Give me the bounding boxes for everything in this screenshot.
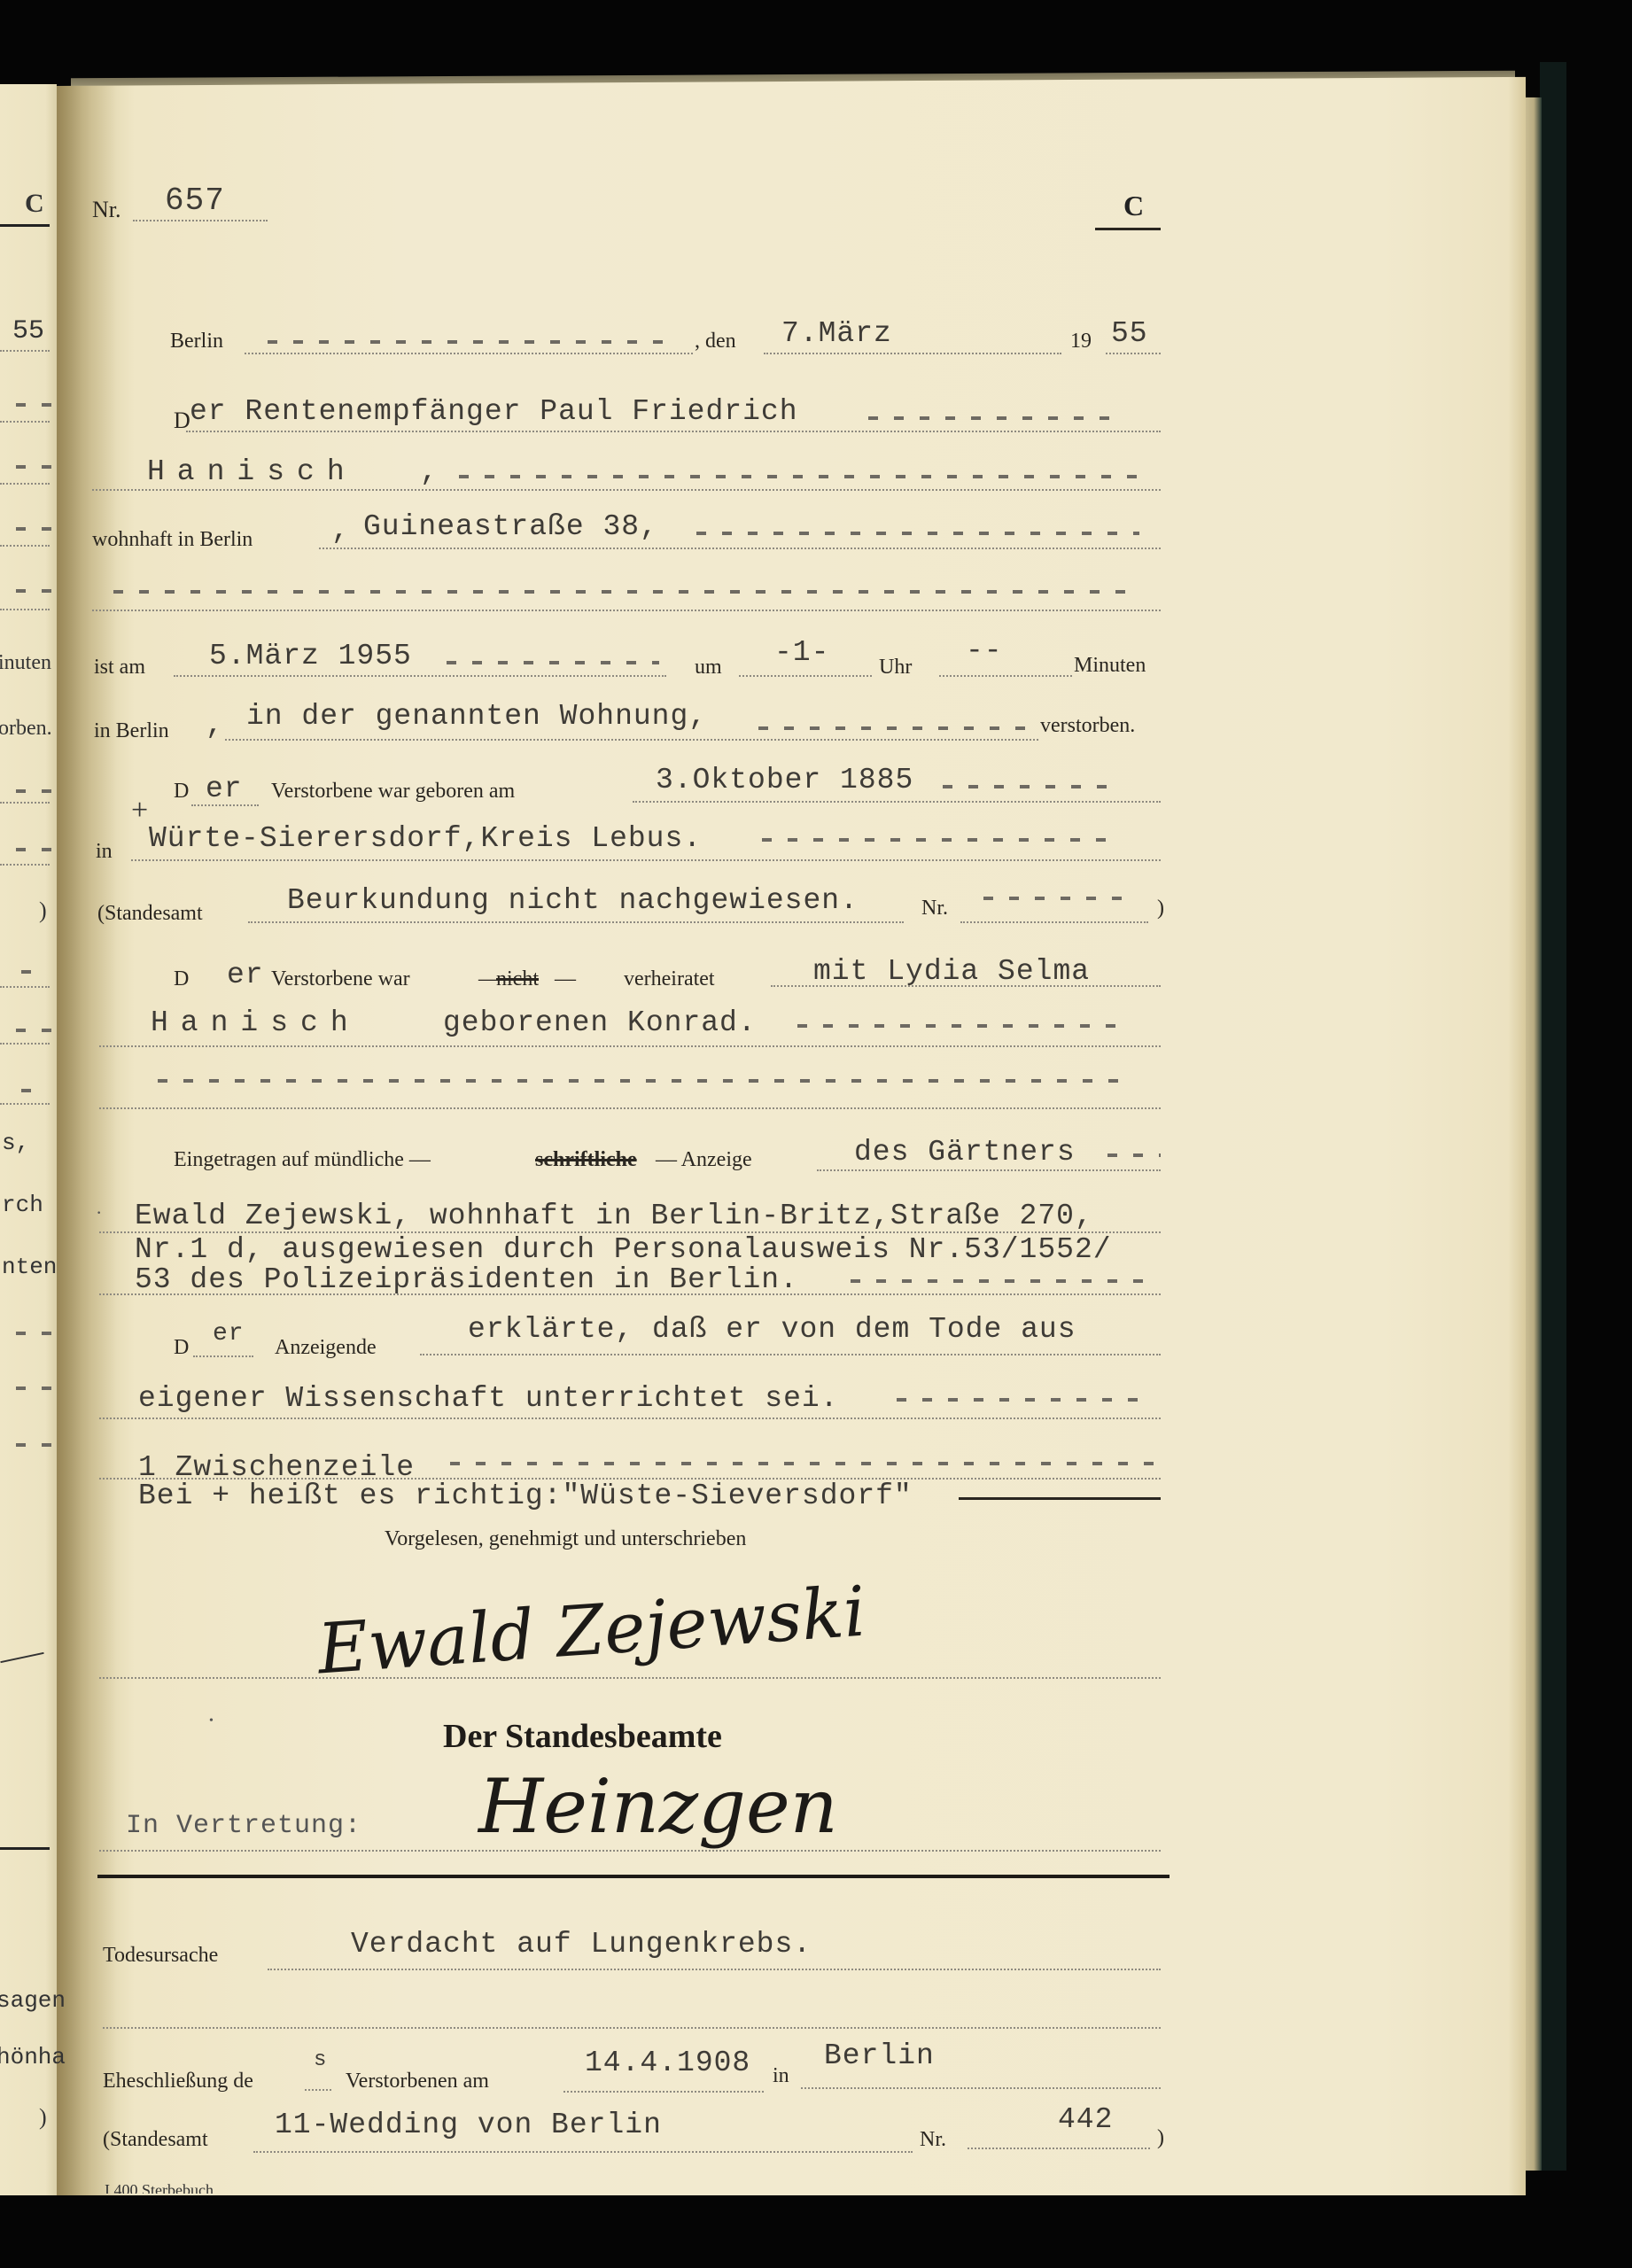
- ist-am-label: ist am: [94, 656, 145, 680]
- register-letter: C: [1123, 190, 1144, 222]
- residence-label: wohnhaft in Berlin: [92, 528, 253, 552]
- left-line: [0, 350, 50, 352]
- death-minutes: --: [966, 634, 1003, 667]
- left-fragment-text: s,: [2, 1130, 29, 1156]
- left-line: [0, 483, 50, 485]
- field-line: [563, 2091, 764, 2093]
- close-paren: ): [1157, 897, 1164, 920]
- spouse-name: mit Lydia Selma: [813, 955, 1090, 988]
- declaration-line1: erklärte, daß er von dem Tode aus: [468, 1313, 1076, 1346]
- struck-schriftliche: schriftliche: [535, 1148, 637, 1172]
- der-prefix: D: [174, 967, 189, 991]
- field-line: [939, 675, 1072, 677]
- field-line: [174, 675, 666, 677]
- left-letter-underline: [0, 224, 50, 227]
- century-label: 19: [1070, 330, 1092, 353]
- informant-id: Nr.1 d, ausgewiesen durch Personalauswei…: [135, 1233, 1112, 1266]
- dash: —: [478, 967, 500, 991]
- informant-id-authority: 53 des Polizeipräsidenten in Berlin.: [135, 1263, 798, 1296]
- left-signature-stroke: [0, 1652, 43, 1663]
- left-fragment-text: sagen: [0, 1987, 66, 2014]
- den-label: , den: [695, 330, 736, 353]
- left-line: [0, 1043, 50, 1045]
- left-dashes: [21, 1089, 34, 1092]
- der-suffix: er: [206, 773, 243, 805]
- left-dashes: [16, 1029, 51, 1032]
- left-dashes: [16, 465, 51, 469]
- filler-dashes: [868, 416, 1116, 420]
- field-line: [319, 548, 1161, 549]
- correction-mark: +: [131, 794, 148, 827]
- ink-dot: •: [209, 1714, 214, 1728]
- field-line: [764, 353, 1061, 354]
- field-line: [193, 1355, 253, 1357]
- close-paren: ): [1157, 2126, 1164, 2150]
- marriage-place: Berlin: [824, 2039, 935, 2072]
- correction-note: Bei + heißt es richtig:"Wüste-Sieversdor…: [138, 1480, 913, 1512]
- field-line: [817, 1169, 1161, 1171]
- dash: —: [555, 967, 576, 991]
- left-register-letter: C: [25, 189, 44, 219]
- entry-number: 657: [165, 183, 225, 219]
- residence-address: Guineastraße 38,: [363, 510, 658, 543]
- left-rule: [0, 1847, 50, 1850]
- left-fragment-text: inuten: [0, 651, 51, 675]
- field-line: [801, 2087, 1161, 2089]
- left-dashes: [16, 589, 51, 593]
- left-dashes: [16, 1443, 51, 1447]
- filler-dashes: [268, 340, 677, 344]
- signature-line: [99, 1850, 1161, 1852]
- field-line: [191, 804, 259, 806]
- read-approved-signed: Vorgelesen, genehmigt und unterschrieben: [385, 1527, 746, 1551]
- left-dashes: [16, 527, 51, 531]
- left-year: 55: [12, 316, 44, 346]
- filler-dashes: [696, 532, 1139, 535]
- place-label: Berlin: [170, 330, 223, 353]
- left-line: [0, 864, 50, 866]
- verheiratet-label: verheiratet: [624, 967, 715, 991]
- field-line: [268, 1969, 1161, 1970]
- filler-dashes: [459, 475, 1148, 478]
- left-line: [0, 1103, 50, 1105]
- struck-nicht: nicht: [496, 967, 539, 991]
- table-background: [0, 2195, 1632, 2268]
- left-line: [0, 802, 50, 804]
- der-prefix: D: [174, 1336, 189, 1360]
- filler-dashes: [113, 590, 1141, 594]
- comma: ,: [420, 455, 439, 488]
- registration-year: 55: [1111, 317, 1148, 350]
- anzeige-label: — Anzeige: [656, 1148, 752, 1172]
- correction-rule: [959, 1497, 1161, 1500]
- uhr-label: Uhr: [879, 656, 912, 680]
- deceased-occupation-name: er Rentenempfänger Paul Friedrich: [190, 395, 798, 428]
- field-line: [968, 2148, 1150, 2149]
- comma: ,: [331, 514, 350, 547]
- marriage-superscript: s: [314, 2048, 327, 2072]
- birth-label: Verstorbene war geboren am: [271, 780, 515, 804]
- spouse-maiden-name: geborenen Konrad.: [443, 1006, 757, 1039]
- left-dashes: [16, 848, 51, 851]
- field-line: [960, 921, 1148, 923]
- marriage-label: Eheschließung de: [103, 2070, 253, 2093]
- registrar-title: Der Standesbeamte: [443, 1717, 722, 1756]
- cause-of-death: Verdacht auf Lungenkrebs.: [351, 1928, 812, 1961]
- deceased-surname: Hanisch: [147, 455, 357, 488]
- filler-dashes: [943, 785, 1120, 788]
- field-line: [99, 1045, 1161, 1047]
- registration-date: 7.März: [781, 317, 892, 350]
- deputy-label: In Vertretung:: [126, 1811, 361, 1841]
- left-dashes: [21, 970, 34, 974]
- section-rule: [97, 1875, 1170, 1878]
- form-reference: I 400 Sterbebuch: [105, 2181, 214, 2194]
- left-fragment-text: orben.: [0, 717, 52, 741]
- field-line: [305, 2089, 331, 2091]
- marriage-label-post: Verstorbenen am: [346, 2070, 489, 2093]
- filler-dashes: [1107, 1153, 1161, 1157]
- nr-label: Nr.: [92, 197, 121, 223]
- field-line: [99, 1107, 1161, 1109]
- left-line: [0, 609, 50, 610]
- field-line: [739, 675, 872, 677]
- filler-dashes: [158, 1079, 1123, 1083]
- field-line: [131, 859, 1161, 861]
- comma: ,: [206, 709, 224, 742]
- field-line: [92, 489, 1161, 491]
- margin-dot: ·: [96, 1201, 102, 1224]
- left-dashes: [16, 403, 51, 407]
- filler-dashes: [797, 1024, 1125, 1028]
- entry-number-line: [133, 220, 268, 221]
- left-line: [0, 545, 50, 547]
- marriage-date: 14.4.1908: [585, 2047, 750, 2079]
- book-cover-edge: [1540, 62, 1566, 2171]
- signature-line: [99, 1677, 1161, 1679]
- left-fragment-text: nten: [2, 1254, 57, 1280]
- left-fragment-text: ): [39, 897, 47, 924]
- field-line: [245, 353, 693, 354]
- marriage-standesamt: 11-Wedding von Berlin: [275, 2109, 662, 2141]
- der-suffix: er: [227, 959, 264, 991]
- filler-dashes: [758, 726, 1038, 730]
- field-line: [633, 801, 1161, 803]
- filler-dashes: [983, 897, 1125, 900]
- gutter-shadow: [55, 86, 117, 2208]
- filler-dashes: [450, 1462, 1159, 1465]
- filler-dashes: [897, 1398, 1154, 1402]
- left-fragment-text: rch: [2, 1192, 43, 1218]
- um-label: um: [695, 656, 722, 680]
- previous-page-fragment: C 55 inuten orben. ) s, rch nten sagen h…: [0, 84, 57, 2210]
- left-line: [0, 421, 50, 423]
- cause-of-death-label: Todesursache: [103, 1944, 218, 1968]
- field-line: [253, 2151, 913, 2153]
- minuten-label: Minuten: [1074, 654, 1146, 678]
- death-date: 5.März 1955: [209, 640, 412, 672]
- standesamt-label: (Standesamt: [97, 902, 203, 926]
- field-line: [420, 1354, 1161, 1355]
- field-line: [103, 2027, 1161, 2029]
- form-reference-clip: I 400 Sterbebuch: [97, 2181, 328, 2194]
- marital-label: Verstorbene war: [271, 967, 410, 991]
- register-letter-underline: [1095, 228, 1161, 230]
- left-line: [0, 986, 50, 988]
- anzeigende-label: Anzeigende: [275, 1336, 377, 1360]
- field-line: [99, 1417, 1161, 1419]
- marriage-nr: 442: [1058, 2103, 1113, 2136]
- field-line: [248, 921, 904, 923]
- birth-nr-label: Nr.: [921, 897, 948, 920]
- verstorben-label: verstorben.: [1040, 714, 1135, 738]
- left-dashes: [16, 1386, 51, 1390]
- death-place-label: in Berlin: [94, 719, 169, 743]
- left-fragment-text: ): [39, 2104, 47, 2131]
- death-place: in der genannten Wohnung,: [246, 700, 707, 733]
- birth-in-label: in: [96, 840, 113, 864]
- field-line: [225, 739, 1038, 741]
- marriage-in-label: in: [773, 2064, 789, 2088]
- field-line: [92, 610, 1161, 611]
- filler-dashes: [447, 661, 659, 664]
- field-line: [1106, 353, 1161, 354]
- registrar-signature: Heinzgen: [478, 1763, 838, 1850]
- birth-date: 3.Oktober 1885: [656, 764, 913, 796]
- der-prefix: D: [174, 780, 189, 804]
- left-fragment-text: hönha: [0, 2044, 66, 2070]
- spouse-surname: Hanisch: [151, 1006, 361, 1039]
- birth-standesamt: Beurkundung nicht nachgewiesen.: [287, 884, 859, 917]
- marriage-nr-label: Nr.: [920, 2128, 946, 2152]
- der-suffix: er: [213, 1320, 245, 1348]
- marriage-standesamt-label: (Standesamt: [103, 2128, 208, 2152]
- informant-label: Eingetragen auf mündliche —: [174, 1148, 431, 1172]
- birth-place: Würte-Sierersdorf,Kreis Lebus.: [149, 822, 702, 855]
- filler-dashes: [851, 1279, 1152, 1283]
- field-line: [186, 431, 1161, 432]
- declaration-line2: eigener Wissenschaft unterrichtet sei.: [138, 1382, 839, 1415]
- informant-occupation: des Gärtners: [854, 1136, 1076, 1169]
- field-line: [99, 1293, 1161, 1295]
- informant-name-address: Ewald Zejewski, wohnhaft in Berlin-Britz…: [135, 1200, 1093, 1232]
- field-line: [771, 985, 1161, 987]
- filler-dashes: [762, 838, 1116, 842]
- left-dashes: [16, 1332, 51, 1335]
- left-dashes: [16, 789, 51, 793]
- death-hour: -1-: [774, 636, 829, 669]
